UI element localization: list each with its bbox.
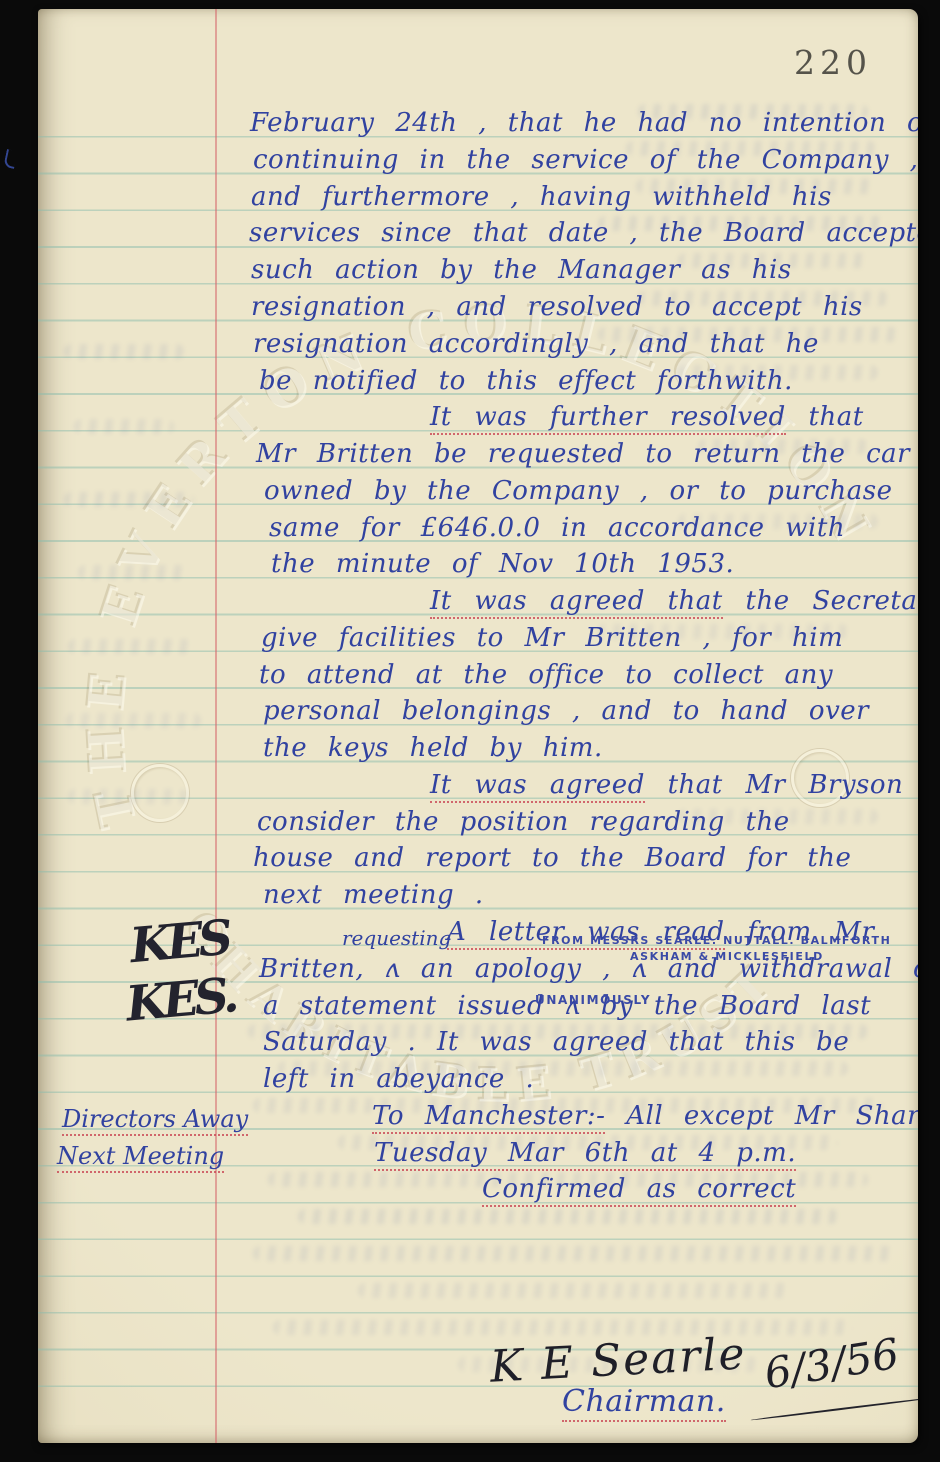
line-text: next meeting .	[263, 880, 484, 910]
confirmed-as-correct-line: Confirmed as correct	[482, 1174, 796, 1204]
minutes-line: left in abeyance .	[263, 1064, 534, 1094]
minutes-line: the minute of Nov 10th 1953.	[271, 549, 734, 579]
minutes-line: be notified to this effect forthwith.	[259, 366, 793, 396]
minutes-line: owned by the Company , or to purchase	[264, 476, 893, 506]
minute-book-page: THE EVERTON COLLECTION THE EVERTON COLLE…	[38, 9, 918, 1443]
line-text: continuing in the service of the Company…	[253, 145, 918, 175]
minutes-line: to attend at the office to collect any	[259, 660, 833, 690]
line-text: Saturday . It was agreed that this be	[263, 1027, 849, 1057]
minutes-line: February 24th , that he had no intention…	[250, 108, 918, 138]
minutes-line: It was agreed that the Secretary	[430, 586, 918, 616]
line-text: house and report to the Board for the	[253, 843, 851, 873]
show-through-mark	[64, 492, 194, 507]
chairman-initials: KES	[128, 910, 230, 974]
underlined-phrase: Chairman.	[562, 1384, 726, 1422]
line-text: be notified to this effect forthwith.	[259, 366, 793, 396]
underlined-phrase: It was agreed	[430, 770, 645, 803]
minutes-line: resignation , and resolved to accept his	[251, 292, 863, 322]
previous-page-edge	[13, 11, 40, 1448]
line-text: that Mr Bryson	[645, 770, 903, 800]
show-through-mark	[253, 1246, 893, 1261]
minutes-line: next meeting .	[263, 880, 484, 910]
minutes-line: services since that date , the Board acc…	[249, 218, 918, 248]
insertion-requesting: requesting	[342, 926, 451, 950]
line-text: All except Mr Sharp.	[605, 1101, 918, 1131]
minutes-line: resignation accordingly , and that he	[253, 329, 819, 359]
margin-note-text: Next Meeting	[57, 1142, 224, 1173]
minutes-line: give facilities to Mr Britten , for him	[261, 623, 843, 653]
line-text: the keys held by him.	[263, 733, 603, 763]
show-through-mark	[273, 1320, 853, 1335]
underlined-phrase: To Manchester:-	[372, 1101, 605, 1134]
margin-rule	[215, 9, 217, 1443]
show-through-mark	[68, 789, 188, 804]
chairman-initials: KES.	[124, 967, 236, 1032]
minutes-line: It was further resolved that	[430, 402, 864, 432]
line-text: February 24th , that he had no intention…	[250, 108, 918, 138]
margin-note-directors-away: Directors Away	[62, 1105, 248, 1133]
minutes-line: continuing in the service of the Company…	[253, 145, 918, 175]
line-text: Mr Britten be requested to return the ca…	[256, 439, 910, 469]
underlined-phrase: It was agreed that	[430, 586, 723, 619]
underlined-phrase: Tuesday Mar 6th at 4 p.m.	[374, 1138, 796, 1171]
show-through-mark	[298, 1209, 838, 1224]
minutes-line: Saturday . It was agreed that this be	[263, 1027, 849, 1057]
minutes-line: consider the position regarding the	[257, 807, 790, 837]
line-text: same for £646.0.0 in accordance with	[269, 513, 845, 543]
line-text: and furthermore , having withheld his	[251, 182, 832, 212]
minutes-line: such action by the Manager as his	[251, 255, 792, 285]
minutes-line: Mr Britten be requested to return the ca…	[256, 439, 910, 469]
insertion-unanimously: UNANIMOUSLY	[535, 993, 651, 1007]
page-number: 220	[794, 43, 872, 82]
minutes-line: It was agreed that Mr Bryson	[430, 770, 903, 800]
show-through-mark	[74, 419, 174, 434]
line-text: resignation accordingly , and that he	[253, 329, 819, 359]
line-text: resignation , and resolved to accept his	[251, 292, 863, 322]
show-through-mark	[64, 344, 184, 359]
line-text: the minute of Nov 10th 1953.	[271, 549, 734, 579]
show-through-mark	[68, 639, 193, 654]
minutes-line: and furthermore , having withheld his	[251, 182, 832, 212]
minute-book-scan: THE EVERTON COLLECTION THE EVERTON COLLE…	[0, 0, 940, 1462]
margin-note-text: Directors Away	[62, 1105, 248, 1136]
show-through-mark	[78, 565, 188, 580]
line-text: owned by the Company , or to purchase	[264, 476, 893, 506]
insertion-from-messrs-line1: FROM MESSRS SEARLE. NUTTALL. BALMFORTH	[542, 934, 891, 947]
line-text: services since that date , the Board acc…	[249, 218, 918, 248]
underlined-phrase: It was further resolved	[430, 402, 786, 435]
minutes-line: personal belongings , and to hand over	[263, 696, 869, 726]
line-text: personal belongings , and to hand over	[263, 696, 869, 726]
show-through-mark	[66, 713, 201, 728]
minutes-line: To Manchester:- All except Mr Sharp.	[372, 1101, 918, 1131]
line-text: left in abeyance .	[263, 1064, 534, 1094]
minutes-line: same for £646.0.0 in accordance with	[269, 513, 845, 543]
show-through-mark	[358, 1283, 788, 1298]
minutes-line: house and report to the Board for the	[253, 843, 851, 873]
line-text: such action by the Manager as his	[251, 255, 792, 285]
underlined-phrase: Confirmed as correct	[482, 1174, 796, 1207]
chairman-title: Chairman.	[562, 1387, 726, 1417]
minutes-line: Tuesday Mar 6th at 4 p.m.	[374, 1138, 796, 1168]
line-text: to attend at the office to collect any	[259, 660, 833, 690]
line-text: the Secretary	[723, 586, 918, 616]
line-text: that	[786, 402, 864, 432]
minutes-line: the keys held by him.	[263, 733, 603, 763]
line-text: consider the position regarding the	[257, 807, 790, 837]
margin-note-next-meeting: Next Meeting	[57, 1142, 224, 1170]
insertion-from-messrs-line2: ASKHAM & MICKLESFIELD	[630, 950, 824, 963]
line-text: give facilities to Mr Britten , for him	[261, 623, 843, 653]
